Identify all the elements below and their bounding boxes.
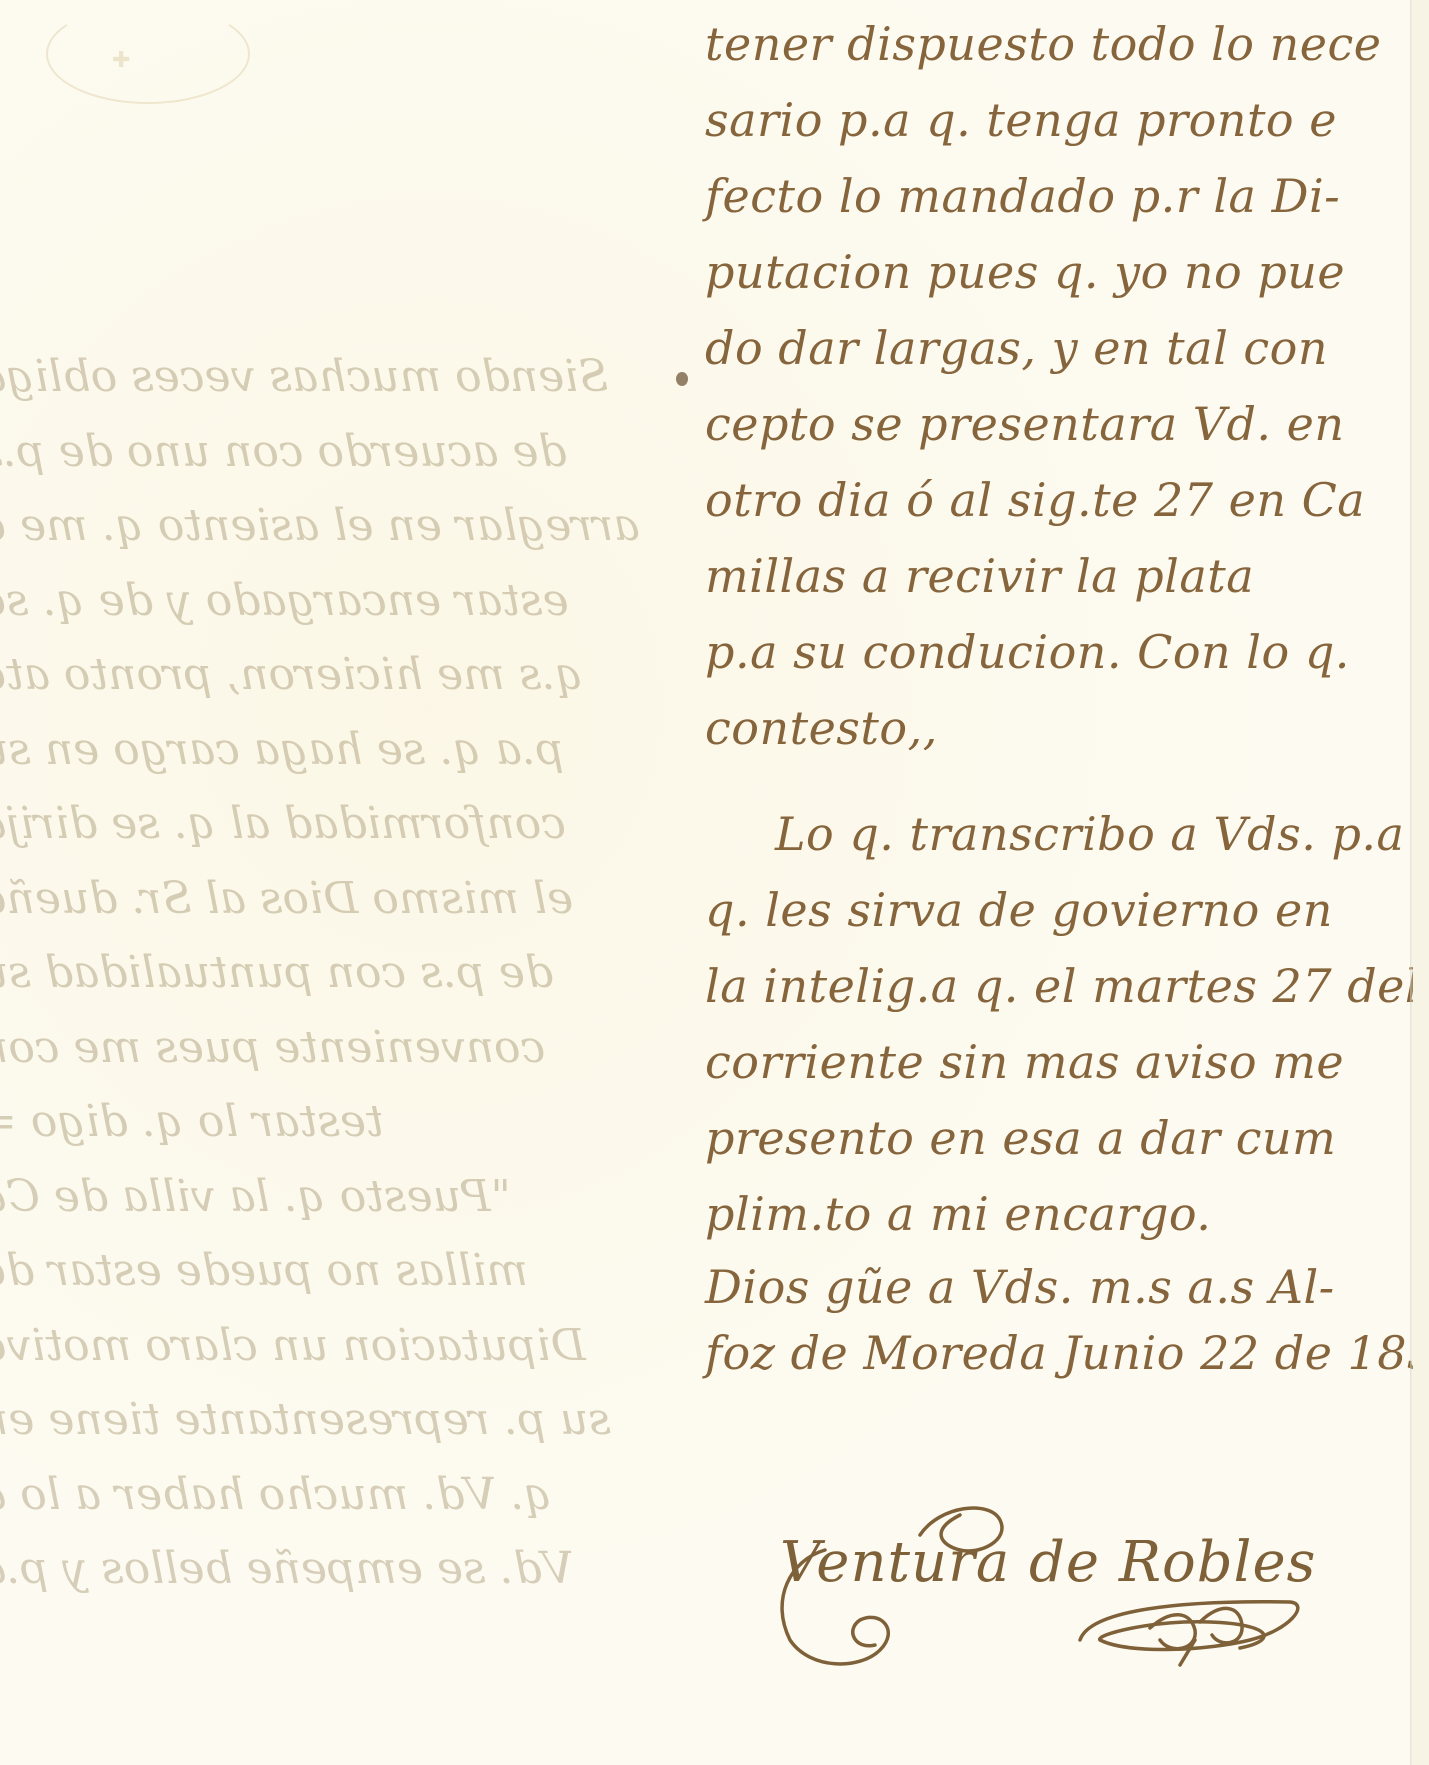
signature: Ventura de Robles: [780, 1530, 1316, 1595]
bleed-line: de p.s con puntualidad su: [0, 936, 700, 1011]
letter-body: tener dispuesto todo lo nece sario p.a q…: [705, 6, 1395, 1386]
letter-line: putacion pues q. yo no pue: [705, 234, 1395, 310]
bleed-line: q. Vd. mucho haber a lo a: [0, 1458, 700, 1533]
closing-and-date: Dios gũe a Vds. m.s a.s Al- foz de Mored…: [705, 1254, 1395, 1386]
letter-line: otro dia ó al sig.te 27 en Ca: [705, 462, 1395, 538]
bleed-line: q.s me hicieron, pronto ate: [0, 638, 700, 713]
archive-stamp-seal: [46, 4, 250, 104]
letter-line: millas a recivir la plata: [705, 538, 1395, 614]
letter-line: Lo q. transcribo a Vds. p.a: [705, 796, 1395, 872]
letter-line: corriente sin mas aviso me: [705, 1024, 1395, 1100]
paragraph-2: Lo q. transcribo a Vds. p.a q. les sirva…: [705, 796, 1395, 1252]
bleed-line: Siendo muchas veces obliga: [0, 340, 700, 415]
bleed-line: millas no puede estar de: [0, 1234, 700, 1309]
bleed-line: de acuerdo con uno de p.s: [0, 415, 700, 490]
signature-block: Ventura de Robles: [750, 1490, 1350, 1690]
bleed-line: arreglar en el asiento q. me e: [0, 489, 700, 564]
letter-line: contesto,,: [705, 690, 1395, 766]
stamp-cross-icon: ✚: [112, 48, 130, 73]
bleed-line: conformidad al q. se dirija: [0, 787, 700, 862]
letter-line: la intelig.a q. el martes 27 del: [705, 948, 1395, 1024]
bleed-line: el mismo Dios al Sr. dueño: [0, 862, 700, 937]
letter-line: plim.to a mi encargo.: [705, 1176, 1395, 1252]
document-page: ✚ Siendo muchas veces obliga de acuerdo …: [0, 0, 1429, 1765]
bleed-line: "Puesto q. la villa de Ca: [0, 1160, 700, 1235]
bleed-line: estar encargado y de q. se: [0, 564, 700, 639]
bleed-line: Vd. se empeñe bellos y p.a: [0, 1532, 700, 1607]
bleed-line: p.a q. se haga cargo en su: [0, 713, 700, 788]
date-line: foz de Moreda Junio 22 de 1837: [705, 1320, 1395, 1386]
letter-line: sario p.a q. tenga pronto e: [705, 82, 1395, 158]
bleed-line: conveniente pues me con: [0, 1011, 700, 1086]
letter-line: p.a su conducion. Con lo q.: [705, 614, 1395, 690]
letter-line: fecto lo mandado p.r la Di-: [705, 158, 1395, 234]
letter-line: tener dispuesto todo lo nece: [705, 6, 1395, 82]
page-edge: [1413, 0, 1429, 1765]
letter-line: do dar largas, y en tal con: [705, 310, 1395, 386]
closing-line: Dios gũe a Vds. m.s a.s Al-: [705, 1254, 1395, 1320]
letter-line: cepto se presentara Vd. en: [705, 386, 1395, 462]
bleed-line: Diputacion un claro motivo: [0, 1309, 700, 1384]
ink-blot: [676, 372, 688, 386]
bleed-line: testar lo q. digo =: [0, 1085, 700, 1160]
letter-line: presento en esa a dar cum: [705, 1100, 1395, 1176]
bleed-through-text: Siendo muchas veces obliga de acuerdo co…: [0, 340, 700, 1607]
letter-line: q. les sirva de govierno en: [705, 872, 1395, 948]
paragraph-1: tener dispuesto todo lo nece sario p.a q…: [705, 6, 1395, 766]
bleed-line: su p. representante tiene en: [0, 1383, 700, 1458]
